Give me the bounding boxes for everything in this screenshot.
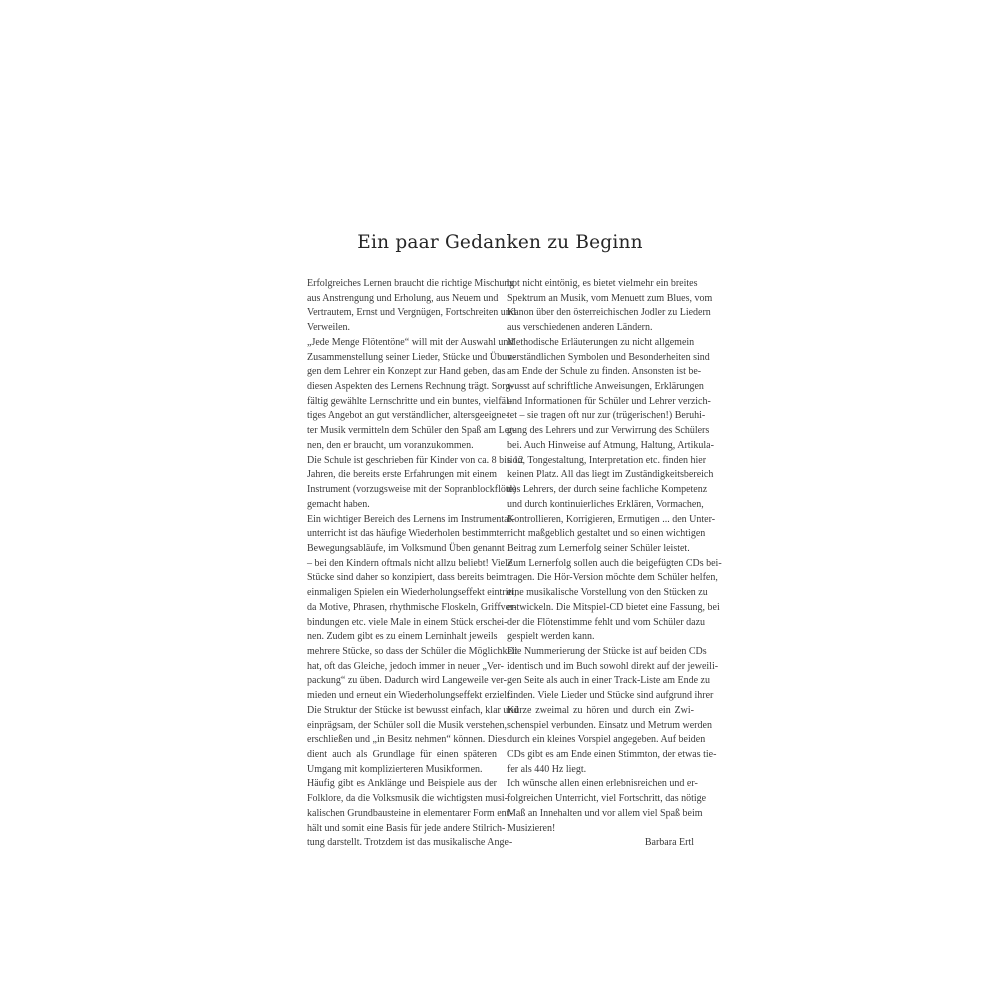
text-column-right: bot nicht eintönig, es bietet vielmehr e… — [507, 277, 694, 851]
text-line: hat, oft das Gleiche, jedoch immer in ne… — [307, 660, 497, 675]
text-line: bot nicht eintönig, es bietet vielmehr e… — [507, 277, 694, 292]
text-line: nen, den er braucht, um voranzukommen. — [307, 439, 497, 454]
text-line: CDs gibt es am Ende einen Stimmton, der … — [507, 748, 694, 763]
text-line: durch ein kleines Vorspiel angegeben. Au… — [507, 733, 694, 748]
text-line: Zusammenstellung seiner Lieder, Stücke u… — [307, 351, 497, 366]
page-title: Ein paar Gedanken zu Beginn — [300, 232, 700, 253]
text-line: des Lehrers, der durch seine fachliche K… — [507, 483, 694, 498]
text-line: einmaligen Spielen ein Wiederholungseffe… — [307, 586, 497, 601]
text-line: tiges Angebot an gut verständlicher, alt… — [307, 409, 497, 424]
text-line: der die Flötenstimme fehlt und vom Schül… — [507, 616, 694, 631]
text-line: fältig gewählte Lernschritte und ein bun… — [307, 395, 497, 410]
text-line: kalischen Grundbausteine in elementarer … — [307, 807, 497, 822]
author-signature: Barbara Ertl — [507, 836, 694, 851]
text-line: Die Schule ist geschrieben für Kinder vo… — [307, 454, 497, 469]
text-line: verständlichen Symbolen und Besonderheit… — [507, 351, 694, 366]
text-line: ter Musik vermitteln dem Schüler den Spa… — [307, 424, 497, 439]
text-line: und Informationen für Schüler und Lehrer… — [507, 395, 694, 410]
text-line: finden. Viele Lieder und Stücke sind auf… — [507, 689, 694, 704]
text-line: – bei den Kindern oftmals nicht allzu be… — [307, 557, 497, 572]
text-line: am Ende der Schule zu finden. Ansonsten … — [507, 365, 694, 380]
text-line: tung darstellt. Trotzdem ist das musikal… — [307, 836, 497, 851]
text-line: eine musikalische Vorstellung von den St… — [507, 586, 694, 601]
text-line: Die Struktur der Stücke ist bewusst einf… — [307, 704, 497, 719]
text-line: keinen Platz. All das liegt im Zuständig… — [507, 468, 694, 483]
text-line: und durch kontinuierliches Erklären, Vor… — [507, 498, 694, 513]
text-line: Beitrag zum Lernerfolg seiner Schüler le… — [507, 542, 694, 557]
text-line: Bewegungsabläufe, im Volksmund Üben gena… — [307, 542, 497, 557]
text-line: Häufig gibt es Anklänge und Beispiele au… — [307, 777, 497, 792]
text-column-left: Erfolgreiches Lernen braucht die richtig… — [307, 277, 497, 851]
text-line: wusst auf schriftliche Anweisungen, Erkl… — [507, 380, 694, 395]
text-line: gespielt werden kann. — [507, 630, 694, 645]
text-line: Jahren, die bereits erste Erfahrungen mi… — [307, 468, 497, 483]
text-line: tion, Tongestaltung, Interpretation etc.… — [507, 454, 694, 469]
text-line: aus verschiedenen anderen Ländern. — [507, 321, 694, 336]
text-line: Die Nummerierung der Stücke ist auf beid… — [507, 645, 694, 660]
text-line: gemacht haben. — [307, 498, 497, 513]
text-line: Ein wichtiger Bereich des Lernens im Ins… — [307, 513, 497, 528]
text-line: Erfolgreiches Lernen braucht die richtig… — [307, 277, 497, 292]
text-line: gen Seite als auch in einer Track-Liste … — [507, 674, 694, 689]
text-line: packung“ zu üben. Dadurch wird Langeweil… — [307, 674, 497, 689]
text-line: Umgang mit komplizierteren Musikformen. — [307, 763, 497, 778]
text-line: Musizieren! — [507, 822, 694, 837]
text-line: identisch und im Buch sowohl direkt auf … — [507, 660, 694, 675]
text-line: gung des Lehrers und zur Verwirrung des … — [507, 424, 694, 439]
text-line: Verweilen. — [307, 321, 497, 336]
text-line: tragen. Die Hör-Version möchte dem Schül… — [507, 571, 694, 586]
text-line: tet – sie tragen oft nur zur (trügerisch… — [507, 409, 694, 424]
text-line: mehrere Stücke, so dass der Schüler die … — [307, 645, 497, 660]
text-line: hält und somit eine Basis für jede ander… — [307, 822, 497, 837]
text-line: diesen Aspekten des Lernens Rechnung trä… — [307, 380, 497, 395]
text-line: dient auch als Grundlage für einen späte… — [307, 748, 497, 763]
text-line: Kontrollieren, Korrigieren, Ermutigen ..… — [507, 513, 694, 528]
text-line: einprägsam, der Schüler soll die Musik v… — [307, 719, 497, 734]
text-line: richt maßgeblich gestaltet und so einen … — [507, 527, 694, 542]
text-line: Kanon über den österreichischen Jodler z… — [507, 306, 694, 321]
text-line: entwickeln. Die Mitspiel-CD bietet eine … — [507, 601, 694, 616]
document-page: Ein paar Gedanken zu Beginn Erfolgreiche… — [0, 0, 1000, 1000]
text-line: Maß an Innehalten und vor allem viel Spa… — [507, 807, 694, 822]
text-line: mieden und erneut ein Wiederholungseffek… — [307, 689, 497, 704]
text-line: Vertrautem, Ernst und Vergnügen, Fortsch… — [307, 306, 497, 321]
text-line: Methodische Erläuterungen zu nicht allge… — [507, 336, 694, 351]
text-line: „Jede Menge Flötentöne“ will mit der Aus… — [307, 336, 497, 351]
text-line: Zum Lernerfolg sollen auch die beigefügt… — [507, 557, 694, 572]
text-line: schenspiel verbunden. Einsatz und Metrum… — [507, 719, 694, 734]
text-line: bindungen etc. viele Male in einem Stück… — [307, 616, 497, 631]
text-line: aus Anstrengung und Erholung, aus Neuem … — [307, 292, 497, 307]
text-line: Stücke sind daher so konzipiert, dass be… — [307, 571, 497, 586]
text-line: Kürze zweimal zu hören und durch ein Zwi… — [507, 704, 694, 719]
text-line: folgreichen Unterricht, viel Fortschritt… — [507, 792, 694, 807]
text-line: Instrument (vorzugsweise mit der Sopranb… — [307, 483, 497, 498]
text-line: Folklore, da die Volksmusik die wichtigs… — [307, 792, 497, 807]
text-line: erschließen und „in Besitz nehmen“ könne… — [307, 733, 497, 748]
text-line: fer als 440 Hz liegt. — [507, 763, 694, 778]
text-line: bei. Auch Hinweise auf Atmung, Haltung, … — [507, 439, 694, 454]
text-line: gen dem Lehrer ein Konzept zur Hand gebe… — [307, 365, 497, 380]
text-line: unterricht ist das häufige Wiederholen b… — [307, 527, 497, 542]
text-line: Ich wünsche allen einen erlebnisreichen … — [507, 777, 694, 792]
text-line: nen. Zudem gibt es zu einem Lerninhalt j… — [307, 630, 497, 645]
text-line: da Motive, Phrasen, rhythmische Floskeln… — [307, 601, 497, 616]
text-line: Spektrum an Musik, vom Menuett zum Blues… — [507, 292, 694, 307]
